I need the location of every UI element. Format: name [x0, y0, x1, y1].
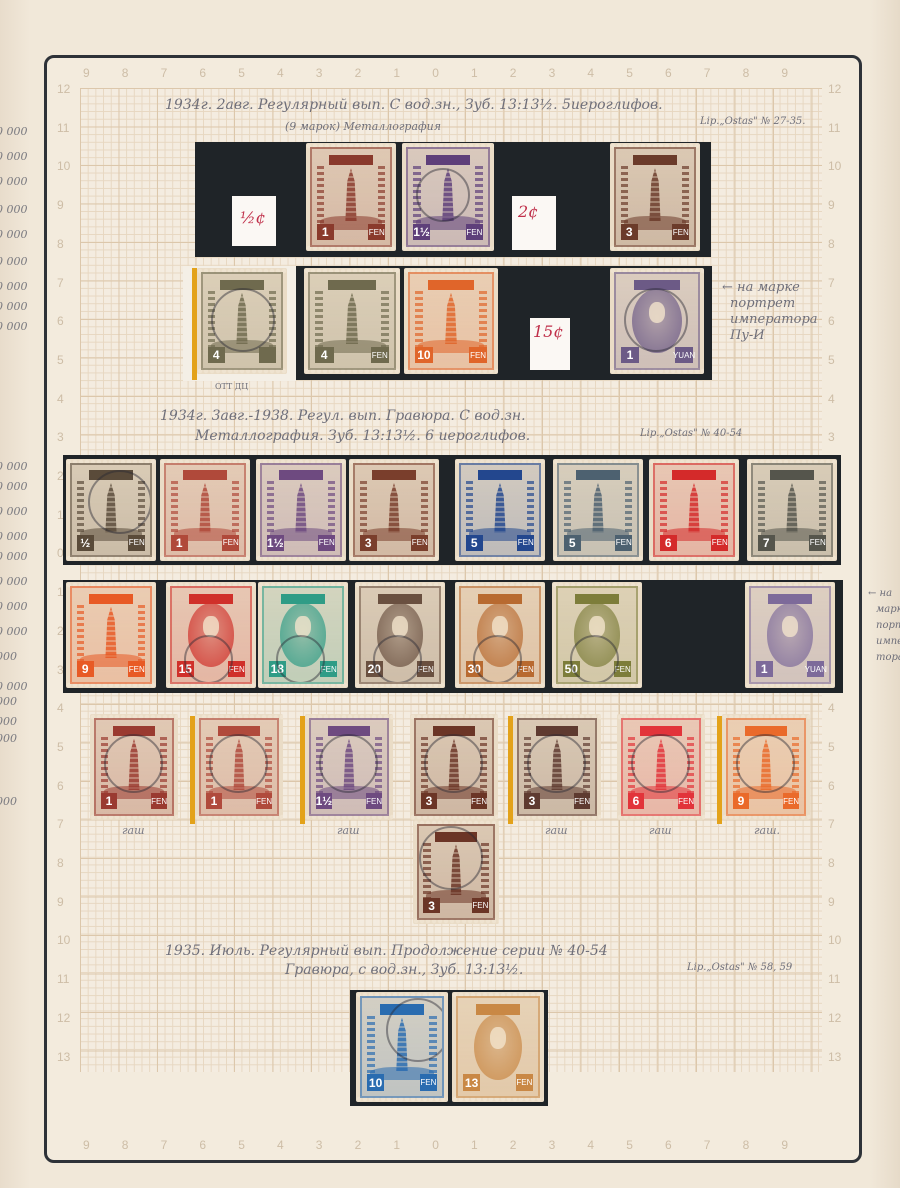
margin-note: 0 000 [0, 530, 28, 543]
postmark-icon [419, 826, 483, 890]
stamp-value: 1 [101, 793, 118, 809]
stamp-banner [328, 280, 375, 290]
margin-note: 0 000 [0, 680, 28, 693]
axis-right-label: 10 [828, 159, 841, 173]
axis-left-label: 13 [57, 1050, 70, 1064]
postmark-icon [276, 635, 325, 684]
stamp-value: 6 [628, 793, 645, 809]
stamp-pagoda: 9FEN [66, 582, 156, 688]
pagoda-icon [441, 293, 461, 345]
axis-top-label: 3 [549, 66, 556, 80]
margin-note: 0 000 [0, 505, 28, 518]
hinge-strip [717, 716, 722, 824]
stamp-value: 1½ [267, 535, 284, 550]
stamp-unit: FEN [471, 793, 488, 809]
pagoda-icon [491, 483, 510, 533]
stamp-unit: FEN [574, 793, 591, 809]
stamp-unit: YUAN [675, 347, 693, 363]
axis-right-label: 13 [828, 1050, 841, 1064]
stamp-unit: FEN [256, 793, 273, 809]
axis-right-label: 7 [828, 817, 835, 831]
axis-top-label: 3 [316, 66, 323, 80]
postmark-icon [184, 635, 233, 684]
face-icon [203, 616, 219, 637]
stamp-value: 9 [77, 661, 94, 677]
margin-note: 0 000 [0, 460, 28, 473]
margin-note: 0 000 [0, 320, 28, 333]
stamp-banner [576, 470, 620, 480]
stamp-pagoda: 9FEN [722, 714, 810, 820]
axis-top-label: 2 [510, 66, 517, 80]
stamp-pagoda: 4 [197, 268, 287, 374]
axis-top-label: 9 [781, 66, 788, 80]
side-note-line: тора [876, 652, 900, 663]
margin-note: 0 000 [0, 150, 28, 163]
stamp-pagoda: 1FEN [160, 459, 250, 561]
pagoda-icon [342, 293, 362, 345]
stamp-value: 4 [315, 347, 333, 363]
axis-top-label: 1 [393, 66, 400, 80]
axis-right-label: 4 [828, 392, 835, 406]
section3-subheading: Гравюра, с вод.зн., Зуб. 13:13½. [285, 962, 523, 978]
pagoda-icon [102, 607, 121, 659]
stamp-note: гаш [545, 824, 568, 837]
section3-reference: Lip.„Ostas" № 58, 59 [687, 962, 792, 973]
stamp-pagoda: 4FEN [304, 268, 400, 374]
axis-right-label: 11 [828, 972, 840, 986]
axis-bottom-label: 1 [471, 1138, 478, 1152]
axis-bottom-label: 6 [199, 1138, 206, 1152]
stamp-value: 1 [756, 661, 773, 677]
stamp-value: 1½ [316, 793, 333, 809]
stamp-value: 13 [463, 1074, 481, 1091]
stamp-unit: FEN [366, 793, 383, 809]
axis-left-label: 5 [57, 353, 64, 367]
hinge-strip [300, 716, 305, 824]
axis-left-label: 12 [57, 1011, 70, 1025]
axis-right-label: 6 [828, 779, 835, 793]
stamp-banner [183, 470, 227, 480]
stamp-pagoda: 3FEN [413, 820, 499, 924]
axis-right-label: 10 [828, 933, 841, 947]
side-note-line: импе [876, 636, 900, 647]
price-note-3: 15¢ [533, 322, 564, 341]
postmark-icon [211, 288, 275, 352]
stamp-unit: FEN [222, 535, 239, 550]
margin-note: 0 000 [0, 575, 28, 588]
stamp-pagoda: 5FEN [455, 459, 545, 561]
margin-note: 0 000 [0, 203, 28, 216]
stamp-unit: FEN [371, 347, 389, 363]
pagoda-icon [385, 483, 404, 533]
stamp-unit: FEN [128, 535, 145, 550]
axis-bottom-label: 5 [626, 1138, 633, 1152]
postmark-icon [104, 734, 163, 793]
axis-bottom-label: 3 [316, 1138, 323, 1152]
margin-note: 000 [0, 795, 17, 808]
stamp-portrait: 20FEN [355, 582, 445, 688]
axis-right-label: 12 [828, 1011, 841, 1025]
stamp-banner [672, 470, 716, 480]
axis-top-label: 6 [665, 66, 672, 80]
stamp-unit: FEN [128, 661, 145, 677]
postmark-icon [209, 734, 268, 793]
postmark-icon [624, 288, 688, 352]
stamp-pagoda: 1FEN [90, 714, 178, 820]
axis-right-label: 11 [828, 121, 840, 135]
stamp-pagoda: 1½FEN [402, 143, 494, 251]
axis-left-label: 7 [57, 276, 64, 290]
axis-left-label: 3 [57, 430, 64, 444]
margin-note: 0 000 [0, 255, 28, 268]
margin-note: 0 000 [0, 480, 28, 493]
side-note-line: императора [730, 312, 818, 327]
axis-top-label: 8 [743, 66, 750, 80]
side-note-line: Пу-И [730, 328, 765, 343]
stamp-value: 5 [564, 535, 581, 550]
stamp-unit: FEN [318, 535, 335, 550]
stamp-portrait: 13FEN [452, 992, 544, 1102]
stamp-value: ½ [77, 535, 94, 550]
section2-heading: 1934г. 3авг.-1938. Регул. вып. Гравюра. … [160, 408, 526, 424]
face-icon [782, 616, 798, 637]
stamp-portrait: 18FEN [258, 582, 348, 688]
axis-top-label: 0 [432, 66, 439, 80]
stamp-unit: YUAN [807, 661, 824, 677]
stamp-pagoda: 1FEN [306, 143, 396, 251]
price-note-2: 2¢ [518, 202, 538, 221]
side-note-line: портр [876, 620, 900, 631]
stamp-value: 1 [171, 535, 188, 550]
section3-heading: 1935. Июль. Регулярный вып. Продолжение … [165, 943, 608, 959]
stamp-unit: FEN [678, 793, 695, 809]
hinge-strip [192, 268, 197, 380]
stamp-banner [372, 470, 416, 480]
axis-bottom-label: 4 [587, 1138, 594, 1152]
stamp-value: 6 [660, 535, 677, 550]
postmark-icon [527, 734, 586, 793]
stamp-pagoda: 5FEN [553, 459, 643, 561]
stamp-value: 3 [360, 535, 377, 550]
stamp-note: гаш. [754, 824, 780, 837]
pagoda-icon [685, 483, 704, 533]
stamp-unit: FEN [411, 535, 428, 550]
stamp-value: 10 [415, 347, 433, 363]
axis-left-label: 6 [57, 314, 64, 328]
axis-right-label: 8 [828, 237, 835, 251]
stamp-unit: FEN [517, 535, 534, 550]
section2-reference: Lip.„Ostas" № 40-54 [640, 428, 742, 439]
axis-right-label: 4 [828, 701, 835, 715]
axis-bottom-label: 2 [510, 1138, 517, 1152]
axis-top-label: 4 [277, 66, 284, 80]
pagoda-icon [292, 483, 311, 533]
stamp-value: 3 [423, 898, 439, 914]
face-icon [589, 616, 605, 637]
axis-right-label: 3 [828, 430, 835, 444]
axis-left-label: 11 [57, 121, 69, 135]
pagoda-icon [589, 483, 608, 533]
axis-left-label: 10 [57, 933, 70, 947]
margin-note: 000 [0, 695, 17, 708]
axis-bottom-label: 8 [743, 1138, 750, 1152]
postmark-icon [473, 635, 522, 684]
axis-left-label: 9 [57, 895, 64, 909]
stamp-pagoda: 3FEN [610, 143, 700, 251]
postmark-icon [373, 635, 422, 684]
stamp-value: 10 [367, 1074, 385, 1091]
margin-note: 0 000 [0, 600, 28, 613]
pagoda-icon [783, 483, 802, 533]
margin-note: 0 000 [0, 280, 28, 293]
stamp-pagoda: 1½FEN [256, 459, 346, 561]
margin-note: 000 [0, 715, 17, 728]
margin-note: 000 [0, 732, 17, 745]
axis-left-label: 8 [57, 856, 64, 870]
margin-note: 0 000 [0, 550, 28, 563]
face-icon [490, 1027, 506, 1049]
axis-bottom-label: 1 [393, 1138, 400, 1152]
postmark-icon [386, 998, 444, 1062]
stamp-note: гаш [337, 824, 360, 837]
stamp-unit: FEN [516, 1074, 534, 1091]
stamp-banner [329, 155, 373, 166]
stamp-unit [259, 347, 276, 363]
axis-right-label: 8 [828, 856, 835, 870]
stamp-portrait: 1YUAN [610, 268, 704, 374]
axis-left-label: 4 [57, 701, 64, 715]
axis-left-label: 4 [57, 392, 64, 406]
axis-right-label: 5 [828, 353, 835, 367]
stamp-unit: FEN [672, 224, 689, 240]
stamp-note: гаш [649, 824, 672, 837]
pagoda-icon [342, 168, 361, 221]
axis-top-label: 7 [161, 66, 168, 80]
stamp-portrait: 1YUAN [745, 582, 835, 688]
face-icon [392, 616, 408, 637]
stamp-portrait: 50FEN [552, 582, 642, 688]
stamp-unit: FEN [472, 898, 488, 914]
axis-bottom-label: 5 [238, 1138, 245, 1152]
section2-subheading: Металлография. Зуб. 13:13½. 6 иероглифов… [195, 428, 530, 444]
axis-bottom-label: 6 [665, 1138, 672, 1152]
stamp-portrait: 15FEN [166, 582, 256, 688]
axis-bottom-label: 7 [704, 1138, 711, 1152]
section1-reference: Lip.„Ostas" № 27-35. [700, 116, 805, 127]
stamp-unit: FEN [151, 793, 168, 809]
stamp-value: 4 [208, 347, 225, 363]
stamp-portrait: 30FEN [455, 582, 545, 688]
axis-left-label: 11 [57, 972, 69, 986]
small-print: ОТТ ДЦ [215, 382, 248, 391]
section1-heading: 1934г. 2авг. Регулярный вып. С вод.зн., … [165, 97, 663, 113]
face-icon [295, 616, 311, 637]
axis-top-label: 4 [587, 66, 594, 80]
stamp-banner [89, 594, 133, 604]
axis-top-label: 5 [626, 66, 633, 80]
axis-top-label: 2 [355, 66, 362, 80]
stamp-banner [770, 470, 814, 480]
margin-note: 0 000 [0, 175, 28, 188]
axis-right-label: 9 [828, 198, 835, 212]
section1-subheading: (9 марок) Металлография [285, 120, 441, 133]
stamp-banner [426, 155, 471, 166]
stamp-unit: FEN [711, 535, 728, 550]
stamp-unit: FEN [469, 347, 487, 363]
axis-top-label: 1 [471, 66, 478, 80]
hinge-strip [190, 716, 195, 824]
stamp-banner [633, 155, 677, 166]
stamp-value: 1 [317, 224, 334, 240]
axis-right-label: 6 [828, 314, 835, 328]
axis-bottom-label: 0 [432, 1138, 439, 1152]
axis-right-label: 12 [828, 82, 841, 96]
axis-bottom-label: 9 [781, 1138, 788, 1152]
axis-bottom-label: 9 [83, 1138, 90, 1152]
axis-left-label: 9 [57, 198, 64, 212]
axis-top-label: 9 [83, 66, 90, 80]
side-note-line: ← на марке [722, 280, 800, 295]
stamp-unit: FEN [420, 1074, 438, 1091]
pagoda-icon [646, 168, 665, 221]
margin-note: 000 [0, 650, 17, 663]
stamp-pagoda: 1FEN [195, 714, 283, 820]
face-icon [492, 616, 508, 637]
stamp-value: 9 [733, 793, 750, 809]
stamp-banner [428, 280, 474, 290]
stamp-value: 3 [524, 793, 541, 809]
axis-left-label: 7 [57, 817, 64, 831]
axis-right-label: 5 [828, 740, 835, 754]
axis-right-label: 9 [828, 895, 835, 909]
stamp-pagoda: 6FEN [617, 714, 705, 820]
axis-left-label: 5 [57, 740, 64, 754]
stamp-unit: FEN [615, 535, 632, 550]
margin-note: 0 000 [0, 228, 28, 241]
axis-left-label: 10 [57, 159, 70, 173]
postmark-icon [416, 168, 470, 222]
axis-bottom-label: 3 [549, 1138, 556, 1152]
side-note-line: ← на [868, 588, 892, 599]
stamp-value: 5 [466, 535, 483, 550]
stamp-pagoda: ½FEN [66, 459, 156, 561]
stamp-unit: FEN [783, 793, 800, 809]
hinge-strip [508, 716, 513, 824]
side-note-line: портрет [730, 296, 795, 311]
axis-left-label: 6 [57, 779, 64, 793]
stamp-pagoda: 6FEN [649, 459, 739, 561]
axis-top-label: 8 [122, 66, 129, 80]
axis-left-label: 12 [57, 82, 70, 96]
axis-top-label: 6 [199, 66, 206, 80]
side-note-line: марке [876, 604, 900, 615]
stamp-pagoda: 3FEN [349, 459, 439, 561]
price-note-1: ½¢ [240, 208, 266, 227]
axis-bottom-label: 2 [355, 1138, 362, 1152]
stamp-pagoda: 3FEN [513, 714, 601, 820]
stamp-banner [279, 470, 323, 480]
stamp-unit: FEN [466, 224, 484, 240]
stamp-note: гаш [122, 824, 145, 837]
postmark-icon [736, 734, 795, 793]
stamp-pagoda: 10FEN [356, 992, 448, 1102]
stamp-value: 3 [621, 224, 638, 240]
pagoda-icon [196, 483, 215, 533]
postmark-icon [424, 734, 483, 793]
stamp-banner [478, 470, 522, 480]
stamp-pagoda: 7FEN [747, 459, 837, 561]
stamp-value: 3 [421, 793, 438, 809]
axis-top-label: 5 [238, 66, 245, 80]
stamp-unit: FEN [809, 535, 826, 550]
margin-note: 0 000 [0, 125, 28, 138]
stamp-pagoda: 10FEN [404, 268, 498, 374]
axis-right-label: 7 [828, 276, 835, 290]
stamp-unit: FEN [368, 224, 385, 240]
axis-left-label: 8 [57, 237, 64, 251]
postmark-icon [570, 635, 619, 684]
stamp-value: 1 [206, 793, 223, 809]
margin-note: 0 000 [0, 625, 28, 638]
postmark-icon [88, 470, 152, 534]
postmark-icon [631, 734, 690, 793]
axis-bottom-label: 8 [122, 1138, 129, 1152]
stamp-value: 1½ [413, 224, 431, 240]
stamp-pagoda: 3FEN [410, 714, 498, 820]
stamp-value: 1 [621, 347, 639, 363]
axis-bottom-label: 7 [161, 1138, 168, 1152]
axis-bottom-label: 4 [277, 1138, 284, 1152]
postmark-icon [319, 734, 378, 793]
stamp-value: 7 [758, 535, 775, 550]
stamp-pagoda: 1½FEN [305, 714, 393, 820]
axis-top-label: 7 [704, 66, 711, 80]
margin-note: 0 000 [0, 300, 28, 313]
